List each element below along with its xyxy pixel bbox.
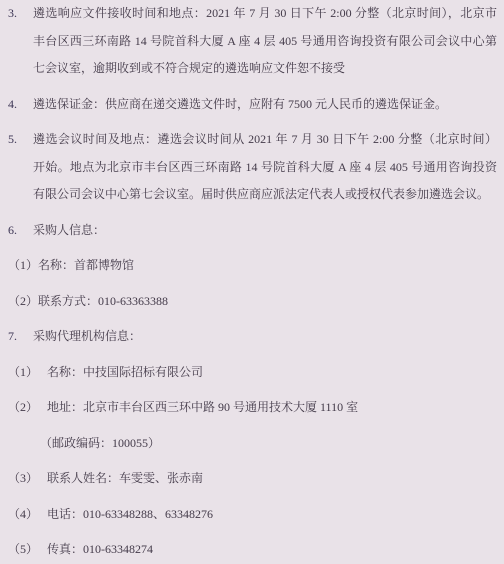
agency-contact-person-text: 联系人姓名：车雯雯、张赤南 [47, 465, 203, 493]
item-3-line-3: 七会议室，逾期收到或不符合规定的遴选响应文件恕不接受 [33, 55, 497, 83]
agency-name: （1） 名称：中技国际招标有限公司 [0, 359, 504, 387]
item-7-title: 采购代理机构信息： [33, 323, 497, 351]
agency-phone-text: 电话：010-63348288、63348276 [47, 501, 213, 529]
agency-fax: （5） 传真：010-63348274 [0, 536, 504, 564]
item-5-line-2: 开始。地点为北京市丰台区西三环南路 14 号院首科大厦 A 座 4 层 405 … [33, 154, 497, 182]
purchaser-contact: （2）联系方式：010-63363388 [0, 288, 504, 316]
item-3: 3. 遴选响应文件接收时间和地点：2021 年 7 月 30 日下午 2:00 … [0, 0, 504, 83]
item-5: 5. 遴选会议时间及地点：遴选会议时间从 2021 年 7 月 30 日下午 2… [0, 126, 504, 209]
agency-contact-person: （3） 联系人姓名：车雯雯、张赤南 [0, 465, 504, 493]
item-4-number: 4. [0, 91, 33, 119]
item-4-line-1: 遴选保证金：供应商在递交遴选文件时，应附有 7500 元人民币的遴选保证金。 [33, 91, 497, 119]
item-3-line-2: 丰台区西三环南路 14 号院首科大厦 A 座 4 层 405 号通用咨询投资有限… [33, 28, 497, 56]
item-7-content: 采购代理机构信息： [33, 323, 497, 351]
agency-address-text: 地址：北京市丰台区西三环中路 90 号通用技术大厦 1110 室 [47, 394, 358, 422]
item-6-title: 采购人信息： [33, 217, 497, 245]
item-4: 4. 遴选保证金：供应商在递交遴选文件时，应附有 7500 元人民币的遴选保证金… [0, 91, 504, 119]
item-5-number: 5. [0, 126, 33, 209]
item-3-content: 遴选响应文件接收时间和地点：2021 年 7 月 30 日下午 2:00 分整（… [33, 0, 497, 83]
item-3-line-1: 遴选响应文件接收时间和地点：2021 年 7 月 30 日下午 2:00 分整（… [33, 0, 497, 28]
agency-postcode: （邮政编码：100055） [0, 430, 504, 458]
agency-fax-number: （5） [8, 536, 47, 564]
item-6-number: 6. [0, 217, 33, 245]
agency-phone: （4） 电话：010-63348288、63348276 [0, 501, 504, 529]
purchaser-name: （1）名称：首都博物馆 [0, 252, 504, 280]
agency-fax-text: 传真：010-63348274 [47, 536, 153, 564]
item-6: 6. 采购人信息： [0, 217, 504, 245]
item-5-line-1: 遴选会议时间及地点：遴选会议时间从 2021 年 7 月 30 日下午 2:00… [33, 126, 497, 154]
item-4-content: 遴选保证金：供应商在递交遴选文件时，应附有 7500 元人民币的遴选保证金。 [33, 91, 497, 119]
agency-address-number: （2） [8, 394, 47, 422]
agency-name-text: 名称：中技国际招标有限公司 [47, 359, 203, 387]
item-7: 7. 采购代理机构信息： [0, 323, 504, 351]
item-7-number: 7. [0, 323, 33, 351]
item-3-number: 3. [0, 0, 33, 83]
agency-address: （2） 地址：北京市丰台区西三环中路 90 号通用技术大厦 1110 室 [0, 394, 504, 422]
agency-name-number: （1） [8, 359, 47, 387]
agency-phone-number: （4） [8, 501, 47, 529]
agency-contact-person-number: （3） [8, 465, 47, 493]
item-6-content: 采购人信息： [33, 217, 497, 245]
document-page: 3. 遴选响应文件接收时间和地点：2021 年 7 月 30 日下午 2:00 … [0, 0, 504, 564]
item-5-content: 遴选会议时间及地点：遴选会议时间从 2021 年 7 月 30 日下午 2:00… [33, 126, 497, 209]
item-5-line-3: 有限公司会议中心第七会议室。届时供应商应派法定代表人或授权代表参加遴选会议。 [33, 181, 497, 209]
